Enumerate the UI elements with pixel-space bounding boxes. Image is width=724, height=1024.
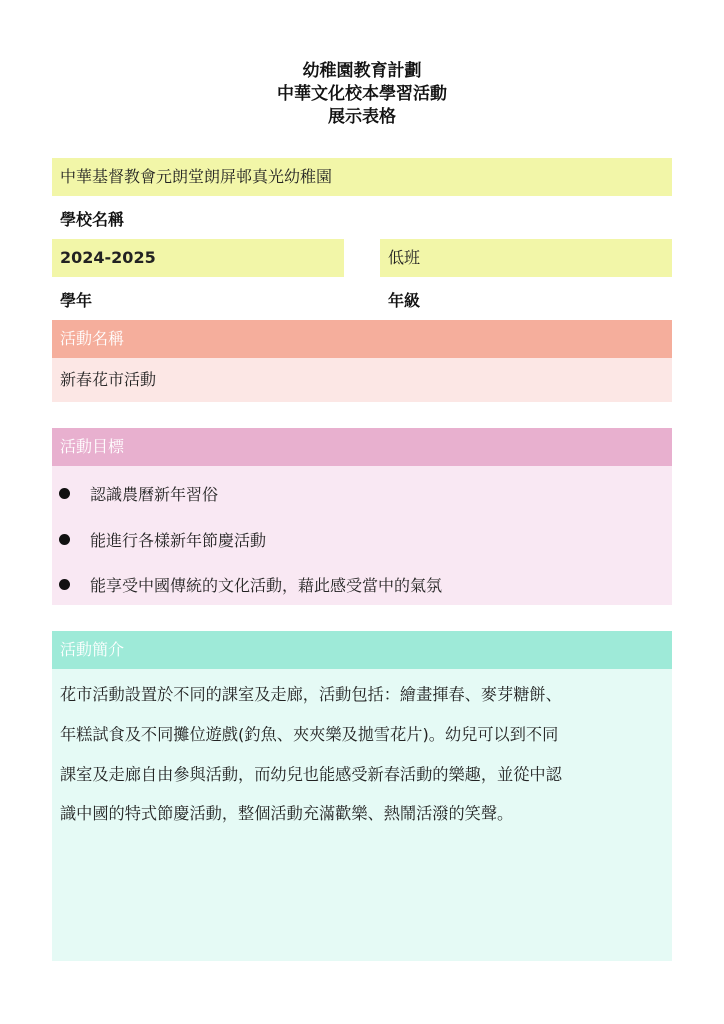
bullet-icon [59,488,70,499]
bullet-icon [59,534,70,545]
school-year-label: 學年 [60,288,92,311]
activity-name-value: 新春花市活動 [60,367,156,390]
objective-item: 能進行各樣新年節慶活動 [52,528,266,551]
objective-item: 認識農曆新年習俗 [52,482,218,505]
school-name-field: 中華基督教會元朗堂朗屏邨真光幼稚園 [52,158,672,196]
objectives-header: 活動目標 [52,428,672,466]
summary-header: 活動簡介 [52,631,672,669]
summary-line: 課室及走廊自由參與活動，而幼兒也能感受新春活動的樂趣，並從中認 [60,761,562,785]
school-year-value: 2024-2025 [52,239,344,277]
bullet-icon [59,579,70,590]
summary-header-label: 活動簡介 [52,631,672,669]
activity-name-header-label: 活動名稱 [52,320,672,358]
title-line-3: 展示表格 [0,106,724,128]
activity-name-header: 活動名稱 [52,320,672,358]
activity-name-body: 新春花市活動 [52,358,672,402]
school-name-label: 學校名稱 [60,207,124,230]
summary-body: 花市活動設置於不同的課室及走廊，活動包括：繪畫揮春、麥芽糖餅、 年糕試食及不同攤… [52,669,672,961]
summary-line: 識中國的特式節慶活動，整個活動充滿歡樂、熱鬧活潑的笑聲。 [60,800,513,824]
title-line-1: 幼稚園教育計劃 [0,60,724,82]
objective-item: 能享受中國傳統的文化活動，藉此感受當中的氣氛 [52,573,442,596]
objectives-body: 認識農曆新年習俗 能進行各樣新年節慶活動 能享受中國傳統的文化活動，藉此感受當中… [52,466,672,605]
grade-value: 低班 [380,239,672,277]
title-line-2: 中華文化校本學習活動 [0,83,724,105]
school-name-value: 中華基督教會元朗堂朗屏邨真光幼稚園 [52,158,672,196]
summary-line: 年糕試食及不同攤位遊戲(釣魚、夾夾樂及拋雪花片)。幼兒可以到不同 [60,721,558,745]
grade-field: 低班 [380,239,672,277]
grade-label: 年級 [388,288,420,311]
objectives-header-label: 活動目標 [52,428,672,466]
summary-line: 花市活動設置於不同的課室及走廊，活動包括：繪畫揮春、麥芽糖餅、 [60,681,562,705]
school-year-field: 2024-2025 [52,239,344,277]
